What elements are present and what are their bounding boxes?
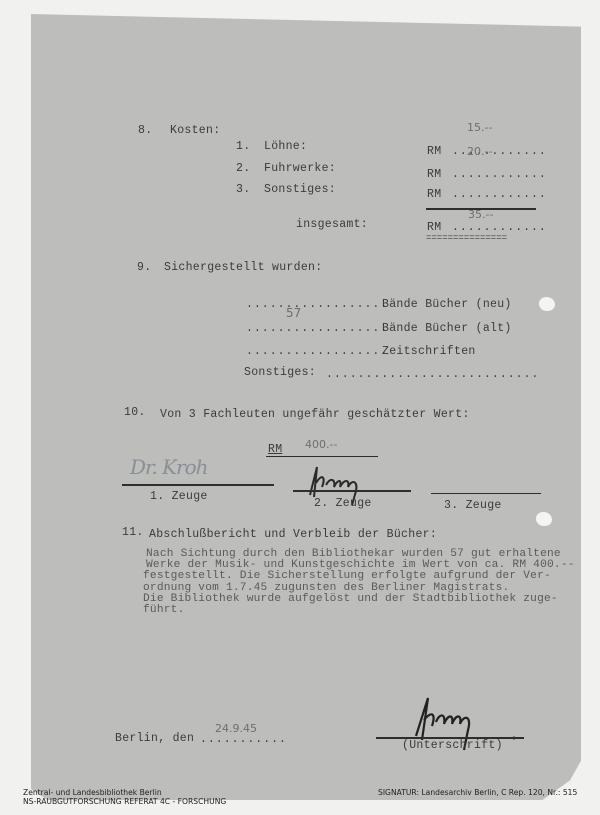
section-title: Abschlußbericht und Verbleib der Bücher: xyxy=(149,528,437,541)
section-number: 9. xyxy=(137,261,151,274)
currency-label: RM xyxy=(427,168,441,181)
item-number: 3. xyxy=(236,183,250,196)
witness-1-label: 1. Zeuge xyxy=(150,490,208,503)
other-label: Sonstiges: xyxy=(244,366,316,379)
dotted-line: ............ xyxy=(452,168,547,181)
witness-3-label: 3. Zeuge xyxy=(444,499,502,512)
section-title: Kosten: xyxy=(170,124,220,137)
witness-2-line xyxy=(293,490,411,492)
archive-name: Zentral- und Landesbibliothek Berlin xyxy=(23,788,226,797)
cost-label-transport: Fuhrwerke: xyxy=(264,162,336,175)
dotted-line: ............ xyxy=(452,188,547,201)
cost-label-other: Sonstiges: xyxy=(264,183,336,196)
total-label: insgesamt: xyxy=(296,218,368,231)
date-dotted-line: ........... xyxy=(200,733,287,746)
report-line: festgestellt. Die Sicherstellung erfolgt… xyxy=(143,571,575,582)
currency-label: RM xyxy=(427,188,441,201)
witness-2-label: 2. Zeuge xyxy=(314,497,372,510)
report-line: führt. xyxy=(143,605,575,616)
section-number: 10. xyxy=(124,406,146,419)
row-label-books-new: Bände Bücher (neu) xyxy=(382,298,512,311)
department-name: NS-RAUBGUTFORSCHUNG REFERAT 4C - FORSCHU… xyxy=(23,797,226,806)
currency-label: RM xyxy=(268,443,282,456)
witness-1-line xyxy=(122,484,274,486)
punch-hole-top xyxy=(539,297,555,311)
footer-left: Zentral- und Landesbibliothek Berlin NS-… xyxy=(23,788,226,806)
footer-signature-reference: SIGNATUR: Landesarchiv Berlin, C Rep. 12… xyxy=(378,788,577,797)
dotted-line: .................. xyxy=(246,345,388,358)
cost-total-value: 35.-- xyxy=(468,208,493,221)
item-number: 1. xyxy=(236,140,250,153)
report-paragraph: Nach Sichtung durch den Bibliothekar wur… xyxy=(146,549,575,616)
witness-3-line xyxy=(431,493,541,494)
dotted-line: .................. xyxy=(246,298,388,311)
dotted-line: .................. xyxy=(246,322,388,335)
cost-label-wages: Löhne: xyxy=(264,140,307,153)
section-number: 8. xyxy=(138,124,152,137)
estimated-value: 400.-- xyxy=(305,438,337,451)
punch-hole-bottom xyxy=(536,512,552,526)
item-number: 2. xyxy=(236,162,250,175)
section-title: Von 3 Fachleuten ungefähr geschätzter We… xyxy=(160,408,470,421)
section-title: Sichergestellt wurden: xyxy=(164,261,322,274)
value-books-old: 57 xyxy=(286,306,301,320)
signature-label: (Unterschrift) xyxy=(402,739,503,752)
report-line: Die Bibliothek wurde aufgelöst und der S… xyxy=(143,594,575,605)
dotted-line: ........................... xyxy=(326,368,539,381)
scanned-document-page xyxy=(31,14,581,800)
cost-value-wages: 15.-- xyxy=(467,121,492,134)
cost-value-transport: 20.-- xyxy=(467,145,492,158)
section-number: 11. xyxy=(122,526,144,539)
witness-1-signature: Dr. Kroh xyxy=(130,455,208,479)
double-underline: =============== xyxy=(426,233,507,243)
row-label-books-old: Bände Bücher (alt) xyxy=(382,322,512,335)
row-label-periodicals: Zeitschriften xyxy=(382,345,476,358)
place-label: Berlin, den xyxy=(115,732,194,745)
currency-label: RM xyxy=(427,145,441,158)
